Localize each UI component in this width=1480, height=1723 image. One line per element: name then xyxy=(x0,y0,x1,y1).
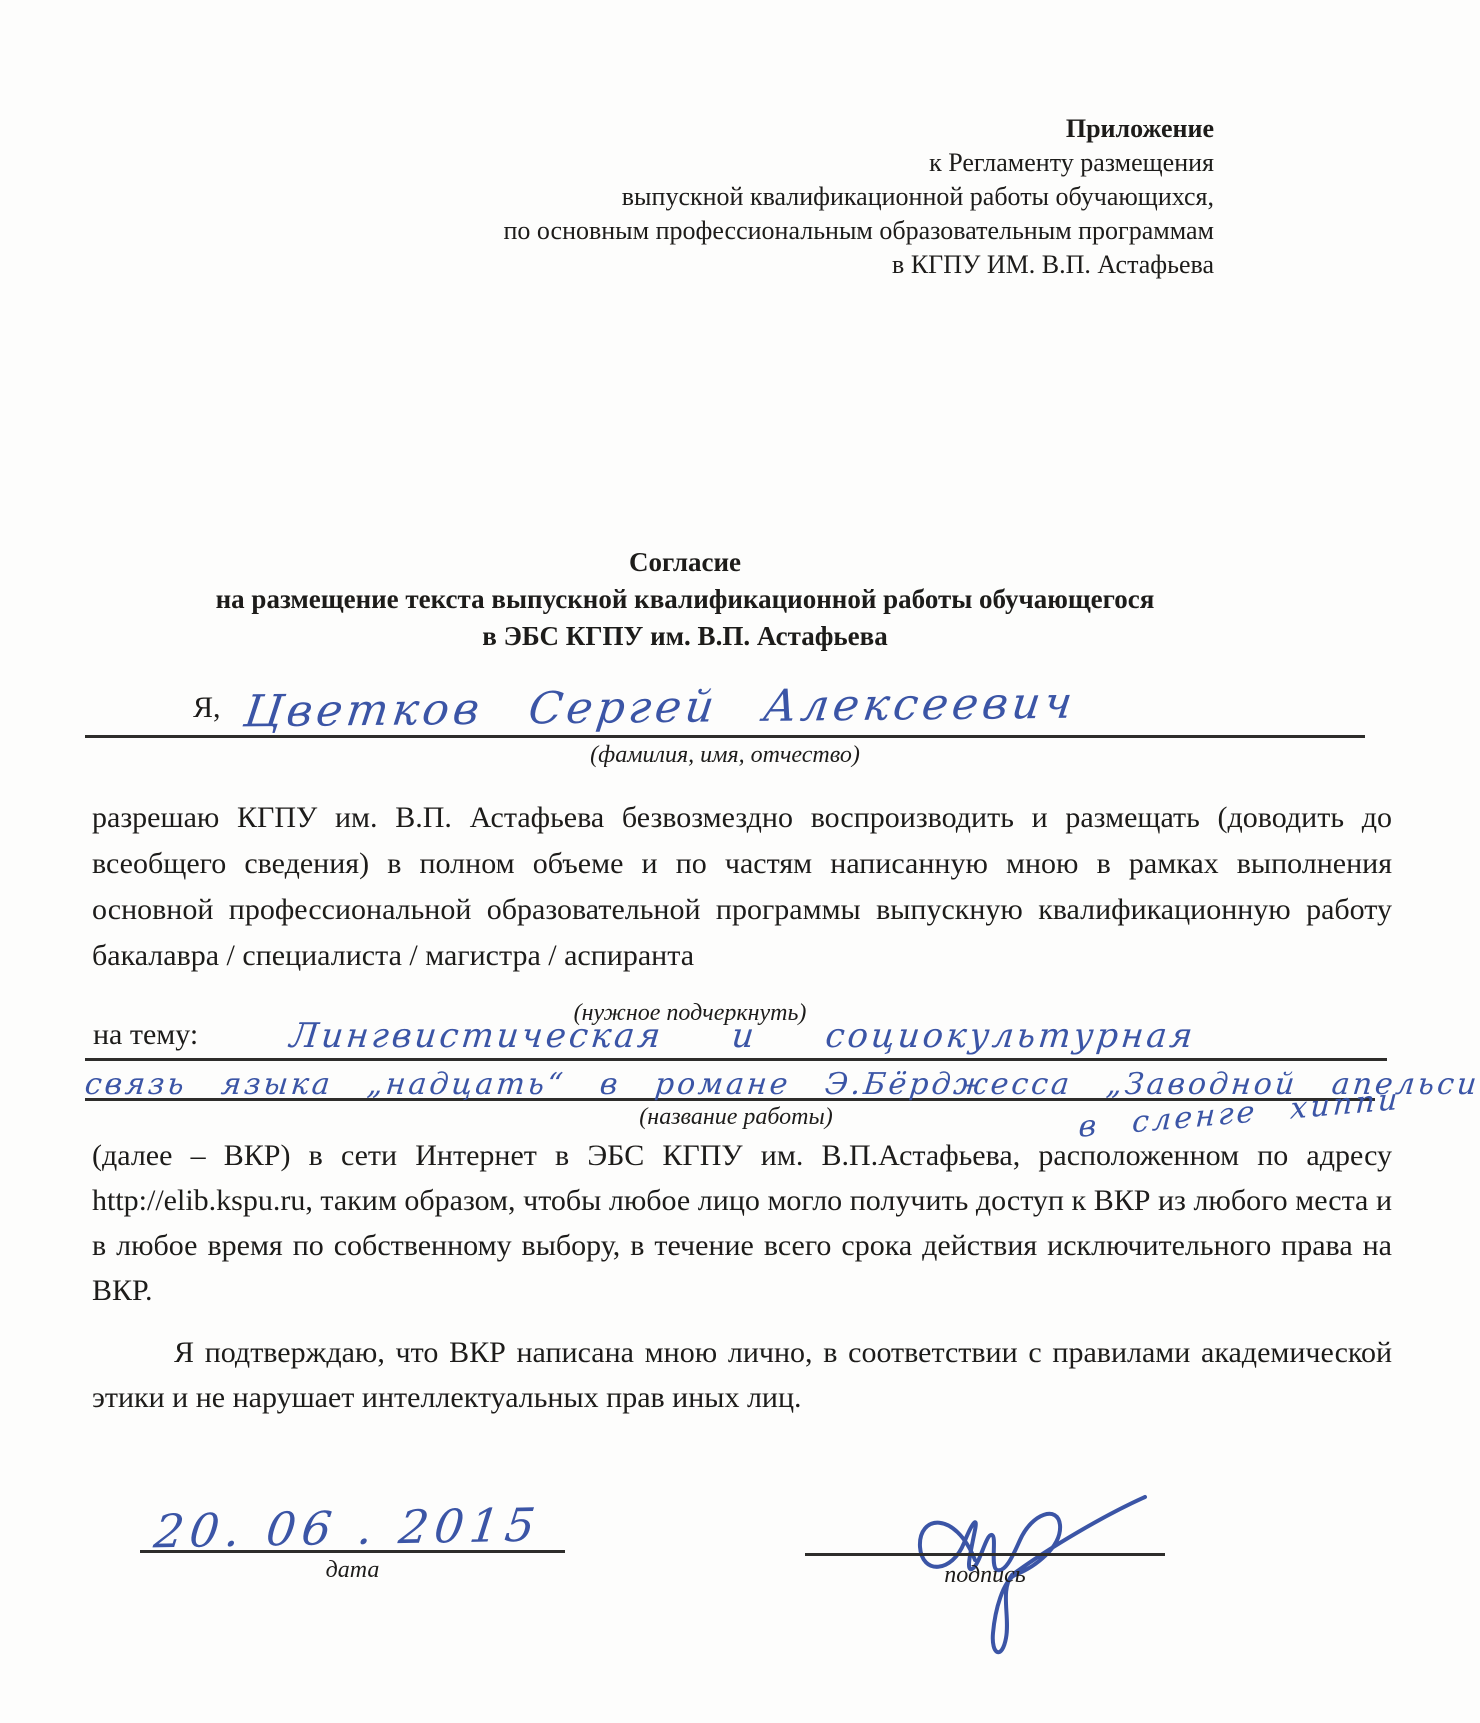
confirmation-paragraph: Я подтверждаю, что ВКР написана мною лич… xyxy=(92,1330,1392,1420)
header-line: к Регламенту размещения xyxy=(503,146,1214,180)
name-prefix: Я, xyxy=(193,691,221,725)
header-line: по основным профессиональным образовател… xyxy=(503,214,1214,248)
scanned-consent-form-page: Приложение к Регламенту размещения выпус… xyxy=(0,0,1480,1723)
header-line: Приложение xyxy=(503,112,1214,146)
name-line: Я, Цветков Сергей Алексеевич xyxy=(85,640,1365,738)
title-line: на размещение текста выпускной квалифика… xyxy=(95,581,1275,618)
vkr-paragraph: (далее – ВКР) в сети Интернет в ЭБС КГПУ… xyxy=(92,1133,1392,1313)
topic-label: на тему: xyxy=(93,1018,198,1052)
topic-line-2: связь языка „надцать“ в романе Э.Бёрджес… xyxy=(85,1060,1375,1101)
title-line: Согласие xyxy=(95,544,1275,581)
header-block: Приложение к Регламенту размещения выпус… xyxy=(503,112,1214,282)
signature-block: подпись xyxy=(805,1470,1225,1630)
handwritten-name: Цветков Сергей Алексеевич xyxy=(241,678,1079,738)
signature-rule xyxy=(805,1553,1165,1556)
date-caption: дата xyxy=(140,1557,565,1584)
handwritten-topic-line-1: Лингвистическая и социокультурная xyxy=(288,1016,1198,1056)
date-block: 20. 06 . 2015 дата xyxy=(140,1455,565,1585)
header-line: выпускной квалификационной работы обучаю… xyxy=(503,180,1214,214)
name-caption: (фамилия, имя, отчество) xyxy=(85,742,1365,769)
signature-caption: подпись xyxy=(805,1562,1165,1589)
header-line: в КГПУ ИМ. В.П. Астафьева xyxy=(503,248,1214,282)
topic-line-1: на тему: Лингвистическая и социокультурн… xyxy=(85,1012,1387,1061)
permission-paragraph: разрешаю КГПУ им. В.П. Астафьева безвозм… xyxy=(92,795,1392,979)
date-rule xyxy=(140,1550,565,1553)
document-title: Согласие на размещение текста выпускной … xyxy=(95,544,1275,655)
